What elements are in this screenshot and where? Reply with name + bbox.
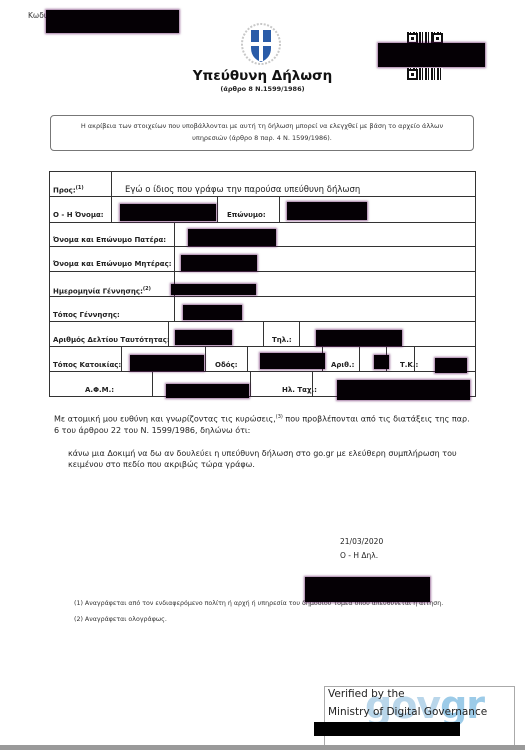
postcode-label: Τ.Κ.: bbox=[400, 361, 418, 369]
redacted-qr-code bbox=[378, 43, 485, 67]
id-number-label: Αριθμός Δελτίου Ταυτότητας: bbox=[53, 336, 170, 344]
redacted-id-number bbox=[175, 330, 232, 345]
document-subtitle: (άρθρο 8 Ν.1599/1986) bbox=[0, 85, 525, 93]
redacted-phone bbox=[316, 330, 402, 346]
redacted-last-name bbox=[287, 202, 367, 220]
redacted-street-number bbox=[374, 355, 389, 369]
father-name-label: Όνομα και Επώνυμο Πατέρα: bbox=[53, 236, 166, 244]
redacted-mother-name bbox=[181, 255, 257, 271]
redacted-email bbox=[337, 380, 470, 400]
notice-line-1: Η ακρίβεια των στοιχείων που υποβάλλοντα… bbox=[51, 120, 473, 132]
qr-code-icon bbox=[407, 68, 443, 80]
verified-by-line: Verified by the bbox=[328, 688, 405, 700]
tax-id-label: Α.Φ.Μ.: bbox=[85, 386, 114, 394]
declaration-intro: Με ατομική μου ευθύνη και γνωρίζοντας τι… bbox=[54, 412, 474, 436]
first-name-label: Ο - Η Όνομα: bbox=[53, 211, 104, 219]
page-bottom-edge bbox=[0, 745, 525, 750]
redacted-birthdate bbox=[171, 284, 256, 295]
street-number-label: Αριθ.: bbox=[331, 361, 354, 369]
email-label: Ηλ. Ταχ.: bbox=[282, 386, 317, 394]
last-name-label: Επώνυμο: bbox=[227, 211, 266, 219]
redacted-code bbox=[46, 10, 179, 33]
notice-line-2: υπηρεσιών (άρθρο 8 παρ. 4 Ν. 1599/1986). bbox=[51, 132, 473, 144]
redacted-street bbox=[260, 353, 325, 369]
declaration-date: 21/03/2020 bbox=[340, 537, 383, 546]
declarant-form: Προς:(1) Εγώ ο ίδιος που γράφω την παρού… bbox=[49, 171, 476, 397]
street-label: Οδός: bbox=[215, 361, 238, 369]
mother-name-label: Όνομα και Επώνυμο Μητέρας: bbox=[53, 260, 172, 268]
redacted-birthplace bbox=[183, 305, 242, 320]
declaration-body: κάνω μια Δοκιμή να δω αν δουλεύει η υπεύ… bbox=[68, 448, 478, 470]
birthplace-label: Τόπος Γέννησης: bbox=[53, 311, 120, 319]
ministry-line: Ministry of Digital Governance bbox=[328, 706, 487, 718]
greek-coat-of-arms-icon bbox=[240, 22, 282, 66]
to-value: Εγώ ο ίδιος που γράφω την παρούσα υπεύθυ… bbox=[125, 185, 360, 195]
redacted-father-name bbox=[188, 229, 276, 246]
footnote-2: (2) Αναγράφεται ολογράφως. bbox=[74, 616, 167, 623]
birthdate-label: Ημερομηνία Γέννησης:(2) bbox=[53, 286, 151, 295]
signer-label: Ο - Η Δηλ. bbox=[340, 551, 378, 560]
redacted-postcode bbox=[435, 358, 467, 373]
phone-label: Τηλ.: bbox=[272, 336, 292, 344]
redacted-signature bbox=[305, 577, 430, 602]
document-title: Υπεύθυνη Δήλωση bbox=[0, 68, 525, 84]
residence-label: Τόπος Κατοικίας: bbox=[53, 361, 121, 369]
accuracy-notice: Η ακρίβεια των στοιχείων που υποβάλλοντα… bbox=[50, 115, 474, 151]
verification-stamp: govgr Verified by the Ministry of Digita… bbox=[324, 686, 515, 746]
redacted-tax-id bbox=[166, 384, 249, 398]
redacted-residence bbox=[130, 355, 204, 371]
to-label: Προς:(1) bbox=[53, 185, 84, 194]
redacted-first-name bbox=[120, 204, 216, 221]
redacted-verification-code bbox=[314, 722, 460, 736]
